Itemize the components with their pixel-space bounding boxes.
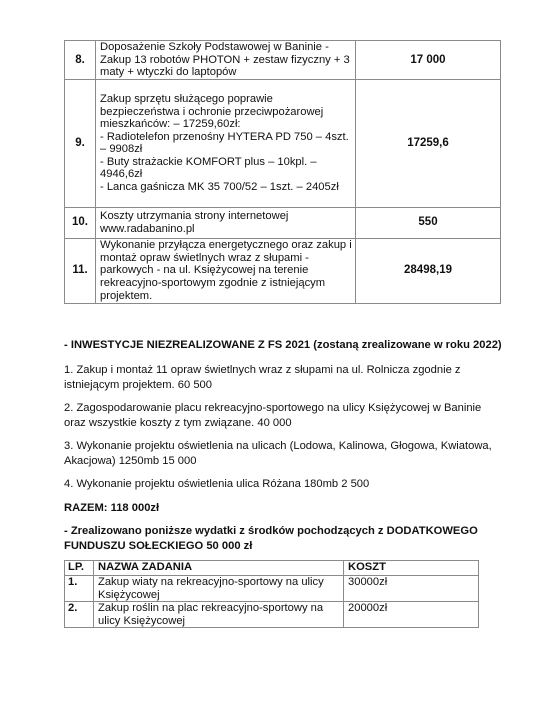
unrealized-item-2-line-2: oraz wszystkie koszty z tym związane. 40… <box>64 416 292 431</box>
unrealized-heading: - INWESTYCJE NIEZREALIZOWANE Z FS 2021 (… <box>64 338 502 353</box>
expenses-table: 8. Doposażenie Szkoły Podstawowej w Bani… <box>64 40 501 304</box>
row-number: 9. <box>65 79 96 207</box>
row-number: 8. <box>65 41 96 80</box>
additional-fund-table: LP. NAZWA ZADANIA KOSZT 1. Zakup wiaty n… <box>64 560 479 628</box>
unrealized-item-4: 4. Wykonanie projektu oświetlenia ulica … <box>64 477 369 492</box>
additional-heading-line-1: - Zrealizowano poniższe wydatki z środkó… <box>64 524 478 539</box>
document-page: 8. Doposażenie Szkoły Podstawowej w Bani… <box>0 0 556 720</box>
row-description: Zakup sprzętu służącego poprawie bezpiec… <box>96 79 356 207</box>
additional-heading-line-2: FUNDUSZU SOŁECKIEGO 50 000 zł <box>64 539 252 554</box>
row-description: Doposażenie Szkoły Podstawowej w Baninie… <box>96 41 356 80</box>
unrealized-item-2-line-1: 2. Zagospodarowanie placu rekreacyjno-sp… <box>64 401 481 416</box>
row-cost: 30000zł <box>344 576 479 602</box>
row-value: 17 000 <box>356 41 501 80</box>
unrealized-total: RAZEM: 118 000zł <box>64 501 159 516</box>
row-cost: 20000zł <box>344 602 479 628</box>
header-task-name: NAZWA ZADANIA <box>94 561 344 576</box>
row-task-name: Zakup roślin na plac rekreacyjno-sportow… <box>94 602 344 628</box>
unrealized-item-1-line-2: istniejącym projektem. 60 500 <box>64 378 212 393</box>
table-row: 10. Koszty utrzymania strony internetowe… <box>65 207 501 238</box>
table-row: 11. Wykonanie przyłącza energetycznego o… <box>65 238 501 303</box>
row-number: 1. <box>65 576 94 602</box>
table-row: 1. Zakup wiaty na rekreacyjno-sportowy n… <box>65 576 479 602</box>
table-row: 8. Doposażenie Szkoły Podstawowej w Bani… <box>65 41 501 80</box>
table-row: 2. Zakup roślin na plac rekreacyjno-spor… <box>65 602 479 628</box>
unrealized-item-3-line-1: 3. Wykonanie projektu oświetlenia na uli… <box>64 439 492 454</box>
header-lp: LP. <box>65 561 94 576</box>
row-number: 11. <box>65 238 96 303</box>
row-value: 17259,6 <box>356 79 501 207</box>
row-value: 550 <box>356 207 501 238</box>
unrealized-item-3-line-2: Akacjowa) 1250mb 15 000 <box>64 454 196 469</box>
row-number: 10. <box>65 207 96 238</box>
table-header-row: LP. NAZWA ZADANIA KOSZT <box>65 561 479 576</box>
row-value: 28498,19 <box>356 238 501 303</box>
row-description: Koszty utrzymania strony internetowej ww… <box>96 207 356 238</box>
row-number: 2. <box>65 602 94 628</box>
header-cost: KOSZT <box>344 561 479 576</box>
row-task-name: Zakup wiaty na rekreacyjno-sportowy na u… <box>94 576 344 602</box>
table-row: 9. Zakup sprzętu służącego poprawie bezp… <box>65 79 501 207</box>
unrealized-item-1-line-1: 1. Zakup i montaż 11 opraw świetlnych wr… <box>64 363 461 378</box>
row-description: Wykonanie przyłącza energetycznego oraz … <box>96 238 356 303</box>
